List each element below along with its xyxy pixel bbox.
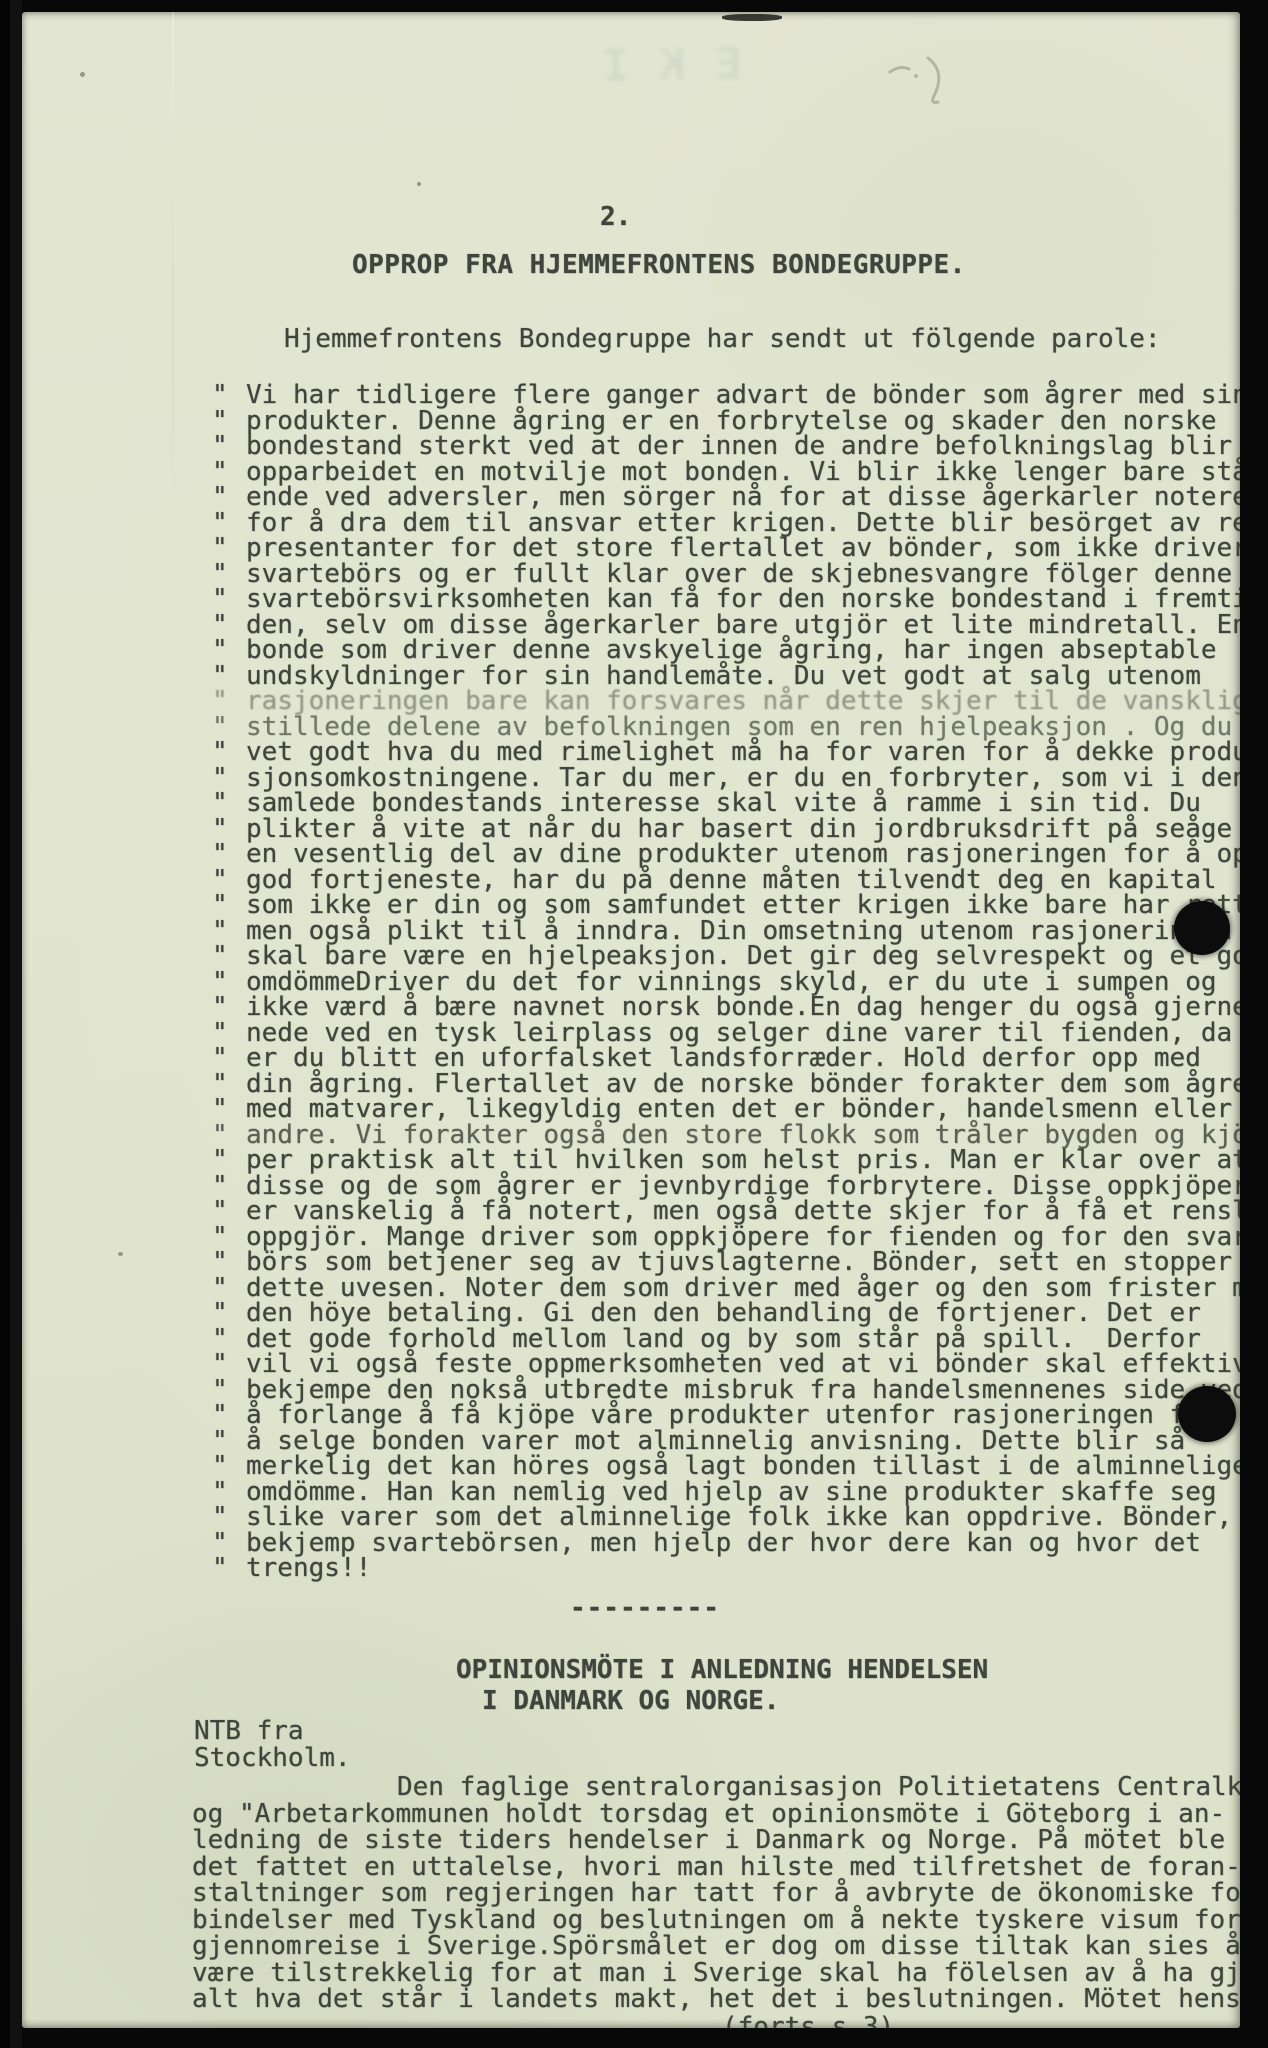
quote-line-text: samlede bondestands interesse skal vite … (246, 790, 1201, 816)
quote-line-text: trengs!! (246, 1555, 371, 1581)
quote-line-text: vet godt hva du med rimelighet må ha for… (246, 739, 1240, 765)
quote-line-text: Vi har tidligere flere ganger advart de … (246, 382, 1240, 408)
quote-line: "ende ved adversler, men sörger nå for a… (212, 484, 1240, 510)
quote-line-text: opparbeidet en motvilje mot bonden. Vi b… (246, 459, 1240, 485)
quote-line-text: bondestand sterkt ved at der innen de an… (246, 433, 1232, 459)
quote-mark: " (212, 586, 228, 612)
quote-line-text: for å dra dem til ansvar etter krigen. D… (246, 510, 1240, 536)
section2-title-line1: OPINIONSMÖTE I ANLEDNING HENDELSEN (456, 1657, 988, 1683)
quote-mark: " (212, 1071, 228, 1097)
quote-mark: " (212, 1402, 228, 1428)
quote-line-text: med matvarer, likegyldig enten det er bö… (246, 1096, 1232, 1122)
quote-line: "din ågring. Flertallet av de norske bön… (212, 1071, 1240, 1097)
quote-line-text: en vesentlig del av dine produkter uteno… (246, 841, 1240, 867)
quote-line: "presentanter for det store flertallet a… (212, 535, 1240, 561)
quote-mark: " (212, 1377, 228, 1403)
continuation-note: (forts.s.3) (722, 2014, 894, 2028)
body-line: ledning de siste tiders hendelser i Danm… (192, 1827, 1240, 1853)
quote-line-text: skal bare være en hjelpeaksjon. Det gir … (246, 943, 1240, 969)
quote-line: "bekjempe den nokså utbredte misbruk fra… (212, 1377, 1240, 1403)
quote-line-text: stillede delene av befolkningen som en r… (246, 714, 1232, 740)
quote-line-text: ikke værd å bære navnet norsk bonde.En d… (246, 994, 1240, 1020)
quote-line: "bonde som driver denne avskyelige ågrin… (212, 637, 1240, 663)
quote-mark: " (212, 1453, 228, 1479)
quote-line: "opparbeidet en motvilje mot bonden. Vi … (212, 459, 1240, 485)
quote-mark: " (212, 841, 228, 867)
quote-line-text: svartebörsvirksomheten kan få for den no… (246, 586, 1240, 612)
quote-line: "dette uvesen. Noter dem som driver med … (212, 1275, 1240, 1301)
quote-mark: " (212, 382, 228, 408)
quote-line: "trengs!! (212, 1555, 1240, 1581)
quote-line: "per praktisk alt til hvilken som helst … (212, 1147, 1240, 1173)
quote-mark: " (212, 561, 228, 587)
quote-line-text: det gode forhold mellom land og by som s… (246, 1326, 1201, 1352)
quote-mark: " (212, 1045, 228, 1071)
punch-hole-top (1174, 901, 1230, 955)
quote-mark: " (212, 612, 228, 638)
quote-mark: " (212, 459, 228, 485)
quote-line-text: slike varer som det alminnelige folk ikk… (246, 1504, 1232, 1530)
quote-line: "ikke værd å bære navnet norsk bonde.En … (212, 994, 1240, 1020)
document-page: EKI 2. OPPROP FRA HJEMMEFRONTENS BONDEGR… (22, 12, 1240, 2028)
quote-mark: " (212, 408, 228, 434)
quote-line: "som ikke er din og som samfundet etter … (212, 892, 1240, 918)
quote-mark: " (212, 535, 228, 561)
quote-line-text: produkter. Denne ågring er en forbrytels… (246, 408, 1217, 434)
quote-mark: " (212, 663, 228, 689)
section2-title-line2: I DANMARK OG NORGE. (482, 1688, 779, 1714)
quote-mark: " (212, 1504, 228, 1530)
quote-mark: " (212, 943, 228, 969)
quote-line: "bondestand sterkt ved at der innen de a… (212, 433, 1240, 459)
quote-line-text: disse og de som ågrer er jevnbyrdige for… (246, 1173, 1240, 1199)
quote-line-text: dette uvesen. Noter dem som driver med å… (246, 1275, 1240, 1301)
quote-line-text: merkelig det kan höres også lagt bonden … (246, 1453, 1240, 1479)
quote-line-text: per praktisk alt til hvilken som helst p… (246, 1147, 1240, 1173)
quote-line: "merkelig det kan höres også lagt bonden… (212, 1453, 1240, 1479)
quote-line-text: svartebörs og er fullt klar over de skje… (246, 561, 1232, 587)
section1-intro: Hjemmefrontens Bondegruppe har sendt ut … (284, 326, 1161, 352)
body-line: Den faglige sentralorganisasjon Politiet… (397, 1774, 1240, 1800)
quote-mark: " (212, 510, 228, 536)
quote-line: "Vi har tidligere flere ganger advart de… (212, 382, 1240, 408)
quote-line: "bekjemp svartebörsen, men hjelp der hvo… (212, 1530, 1240, 1556)
page-number: 2. (600, 204, 631, 230)
quote-mark: " (212, 816, 228, 842)
quote-line: "produkter. Denne ågring er en forbrytel… (212, 408, 1240, 434)
quote-line: "nede ved en tysk leirplass og selger di… (212, 1020, 1240, 1046)
quote-mark: " (212, 1275, 228, 1301)
quote-mark: " (212, 790, 228, 816)
quote-line: "å forlange å få kjöpe våre produkter ut… (212, 1402, 1240, 1428)
quote-line: "disse og de som ågrer er jevnbyrdige fo… (212, 1173, 1240, 1199)
quote-line: "vet godt hva du med rimelighet må ha fo… (212, 739, 1240, 765)
quote-line: "den höye betaling. Gi den den behandlin… (212, 1300, 1240, 1326)
quote-line: "sjonsomkostningene. Tar du mer, er du e… (212, 765, 1240, 791)
quote-line-text: bonde som driver denne avskyelige ågring… (246, 637, 1217, 663)
scan-smudge (722, 14, 782, 21)
quote-line: "plikter å vite at når du har basert din… (212, 816, 1240, 842)
quote-line-text: din ågring. Flertallet av de norske bönd… (246, 1071, 1240, 1097)
quote-mark: " (212, 637, 228, 663)
quote-mark: " (212, 433, 228, 459)
quote-mark: " (212, 1428, 228, 1454)
quote-line: "samlede bondestands interesse skal vite… (212, 790, 1240, 816)
quote-line-text: sjonsomkostningene. Tar du mer, er du en… (246, 765, 1240, 791)
quote-mark: " (212, 1479, 228, 1505)
quote-line: "god fortjeneste, har du på denne måten … (212, 867, 1240, 893)
quote-line: "svartebörs og er fullt klar over de skj… (212, 561, 1240, 587)
quote-line: "å selge bonden varer mot alminnelig anv… (212, 1428, 1240, 1454)
quote-line: "oppgjör. Mange driver som oppkjöpere fo… (212, 1224, 1240, 1250)
quote-line-text: er du blitt en uforfalsket landsforræder… (246, 1045, 1201, 1071)
quote-line-text: presentanter for det store flertallet av… (246, 535, 1240, 561)
quote-line: "undskyldninger for sin handlemåte. Du v… (212, 663, 1240, 689)
body-line: det fattet en uttalelse, hvori man hilst… (192, 1854, 1240, 1880)
quote-line: "rasjoneringen bare kan forsvares når de… (212, 688, 1240, 714)
quote-line-text: börs som betjener seg av tjuvslagterne. … (246, 1249, 1240, 1275)
body-line: være tilstrekkelig for at man i Sverige … (192, 1960, 1240, 1986)
quote-line-text: den, selv om disse ågerkarler bare utgjö… (246, 612, 1240, 638)
quote-mark: " (212, 1096, 228, 1122)
quote-line-text: bekjemp svartebörsen, men hjelp der hvor… (246, 1530, 1201, 1556)
body-line: bindelser med Tyskland og beslutningen o… (192, 1907, 1240, 1933)
quote-mark: " (212, 714, 228, 740)
quote-line: "vil vi også feste oppmerksomheten ved a… (212, 1351, 1240, 1377)
quote-mark: " (212, 1122, 228, 1148)
body-line: og "Arbetarkommunen holdt torsdag et opi… (192, 1801, 1240, 1827)
quote-mark: " (212, 1351, 228, 1377)
quote-line: "omdömmeDriver du det for vinnings skyld… (212, 969, 1240, 995)
quote-line: "stillede delene av befolkningen som en … (212, 714, 1240, 740)
quote-line: "det gode forhold mellom land og by som … (212, 1326, 1240, 1352)
quote-line: "men også plikt til å inndra. Din omsetn… (212, 918, 1240, 944)
quote-line: "andre. Vi forakter også den store flokk… (212, 1122, 1240, 1148)
quote-mark: " (212, 1249, 228, 1275)
quote-mark: " (212, 1555, 228, 1581)
quote-mark: " (212, 1300, 228, 1326)
paper-speck (118, 1252, 123, 1256)
quote-mark: " (212, 892, 228, 918)
body-line: gjennomreise i Sverige.Spörsmålet er dog… (192, 1933, 1240, 1959)
quote-mark: " (212, 1224, 228, 1250)
quote-line-text: den höye betaling. Gi den den behandling… (246, 1300, 1201, 1326)
quote-mark: " (212, 918, 228, 944)
quote-line: "med matvarer, likegyldig enten det er b… (212, 1096, 1240, 1122)
quote-line-text: rasjoneringen bare kan forsvares når det… (246, 688, 1240, 714)
quote-line: "er vanskelig å få notert, men også dett… (212, 1198, 1240, 1224)
body-line: alt hva det står i landets makt, het det… (192, 1986, 1240, 2012)
quote-line-text: nede ved en tysk leirplass og selger din… (246, 1020, 1232, 1046)
quote-line: "börs som betjener seg av tjuvslagterne.… (212, 1249, 1240, 1275)
quote-mark: " (212, 1020, 228, 1046)
separator-dashes: --------- (570, 1595, 720, 1621)
quote-line-text: å selge bonden varer mot alminnelig anvi… (246, 1428, 1185, 1454)
quote-line: "svartebörsvirksomheten kan få for den n… (212, 586, 1240, 612)
quote-mark: " (212, 1198, 228, 1224)
quote-mark: " (212, 739, 228, 765)
quote-mark: " (212, 867, 228, 893)
quote-mark: " (212, 1147, 228, 1173)
quote-line-text: bekjempe den nokså utbredte misbruk fra … (246, 1377, 1240, 1403)
quote-line-text: omdömme. Han kan nemlig ved hjelp av sin… (246, 1479, 1217, 1505)
quote-line-text: ende ved adversler, men sörger nå for at… (246, 484, 1240, 510)
quote-mark: " (212, 765, 228, 791)
quote-line-text: å forlange å få kjöpe våre produkter ute… (246, 1402, 1217, 1428)
quote-line-text: vil vi også feste oppmerksomheten ved at… (246, 1351, 1240, 1377)
section1-title: OPPROP FRA HJEMMEFRONTENS BONDEGRUPPE. (352, 252, 966, 278)
quote-line: "slike varer som det alminnelige folk ik… (212, 1504, 1240, 1530)
body-line: staltninger som regjeringen har tatt for… (192, 1880, 1240, 1906)
quote-mark: " (212, 484, 228, 510)
quote-mark: " (212, 1530, 228, 1556)
paper-crease (172, 12, 174, 532)
quote-mark: " (212, 688, 228, 714)
punch-hole-bottom (1178, 1386, 1236, 1442)
quote-line-text: undskyldninger for sin handlemåte. Du ve… (246, 663, 1201, 689)
paper-speck (80, 72, 85, 77)
quote-line-text: men også plikt til å inndra. Din omsetni… (246, 918, 1232, 944)
quote-mark: " (212, 969, 228, 995)
scan-background: EKI 2. OPPROP FRA HJEMMEFRONTENS BONDEGR… (0, 0, 1268, 2048)
quote-line-text: andre. Vi forakter også den store flokk … (246, 1122, 1240, 1148)
bleed-through-ghost-text: EKI (322, 38, 743, 105)
quote-line: "den, selv om disse ågerkarler bare utgj… (212, 612, 1240, 638)
quote-line-text: omdömmeDriver du det for vinnings skyld,… (246, 969, 1217, 995)
quote-line: "omdömme. Han kan nemlig ved hjelp av si… (212, 1479, 1240, 1505)
quote-line-text: er vanskelig å få notert, men også dette… (246, 1198, 1240, 1224)
quote-line-text: som ikke er din og som samfundet etter k… (246, 892, 1240, 918)
pencil-mark (884, 50, 994, 110)
quote-line-text: god fortjeneste, har du på denne måten t… (246, 867, 1217, 893)
source-city: Stockholm. (194, 1745, 351, 1771)
paper-speck (417, 182, 421, 186)
quote-line-text: plikter å vite at når du har basert din … (246, 816, 1232, 842)
quote-mark: " (212, 994, 228, 1020)
quote-line: "for å dra dem til ansvar etter krigen. … (212, 510, 1240, 536)
source-agency: NTB fra (194, 1718, 304, 1744)
quote-line: "en vesentlig del av dine produkter uten… (212, 841, 1240, 867)
quote-line: "er du blitt en uforfalsket landsforræde… (212, 1045, 1240, 1071)
quote-line: "skal bare være en hjelpeaksjon. Det gir… (212, 943, 1240, 969)
quote-mark: " (212, 1173, 228, 1199)
quote-mark: " (212, 1326, 228, 1352)
quote-line-text: oppgjör. Mange driver som oppkjöpere for… (246, 1224, 1240, 1250)
